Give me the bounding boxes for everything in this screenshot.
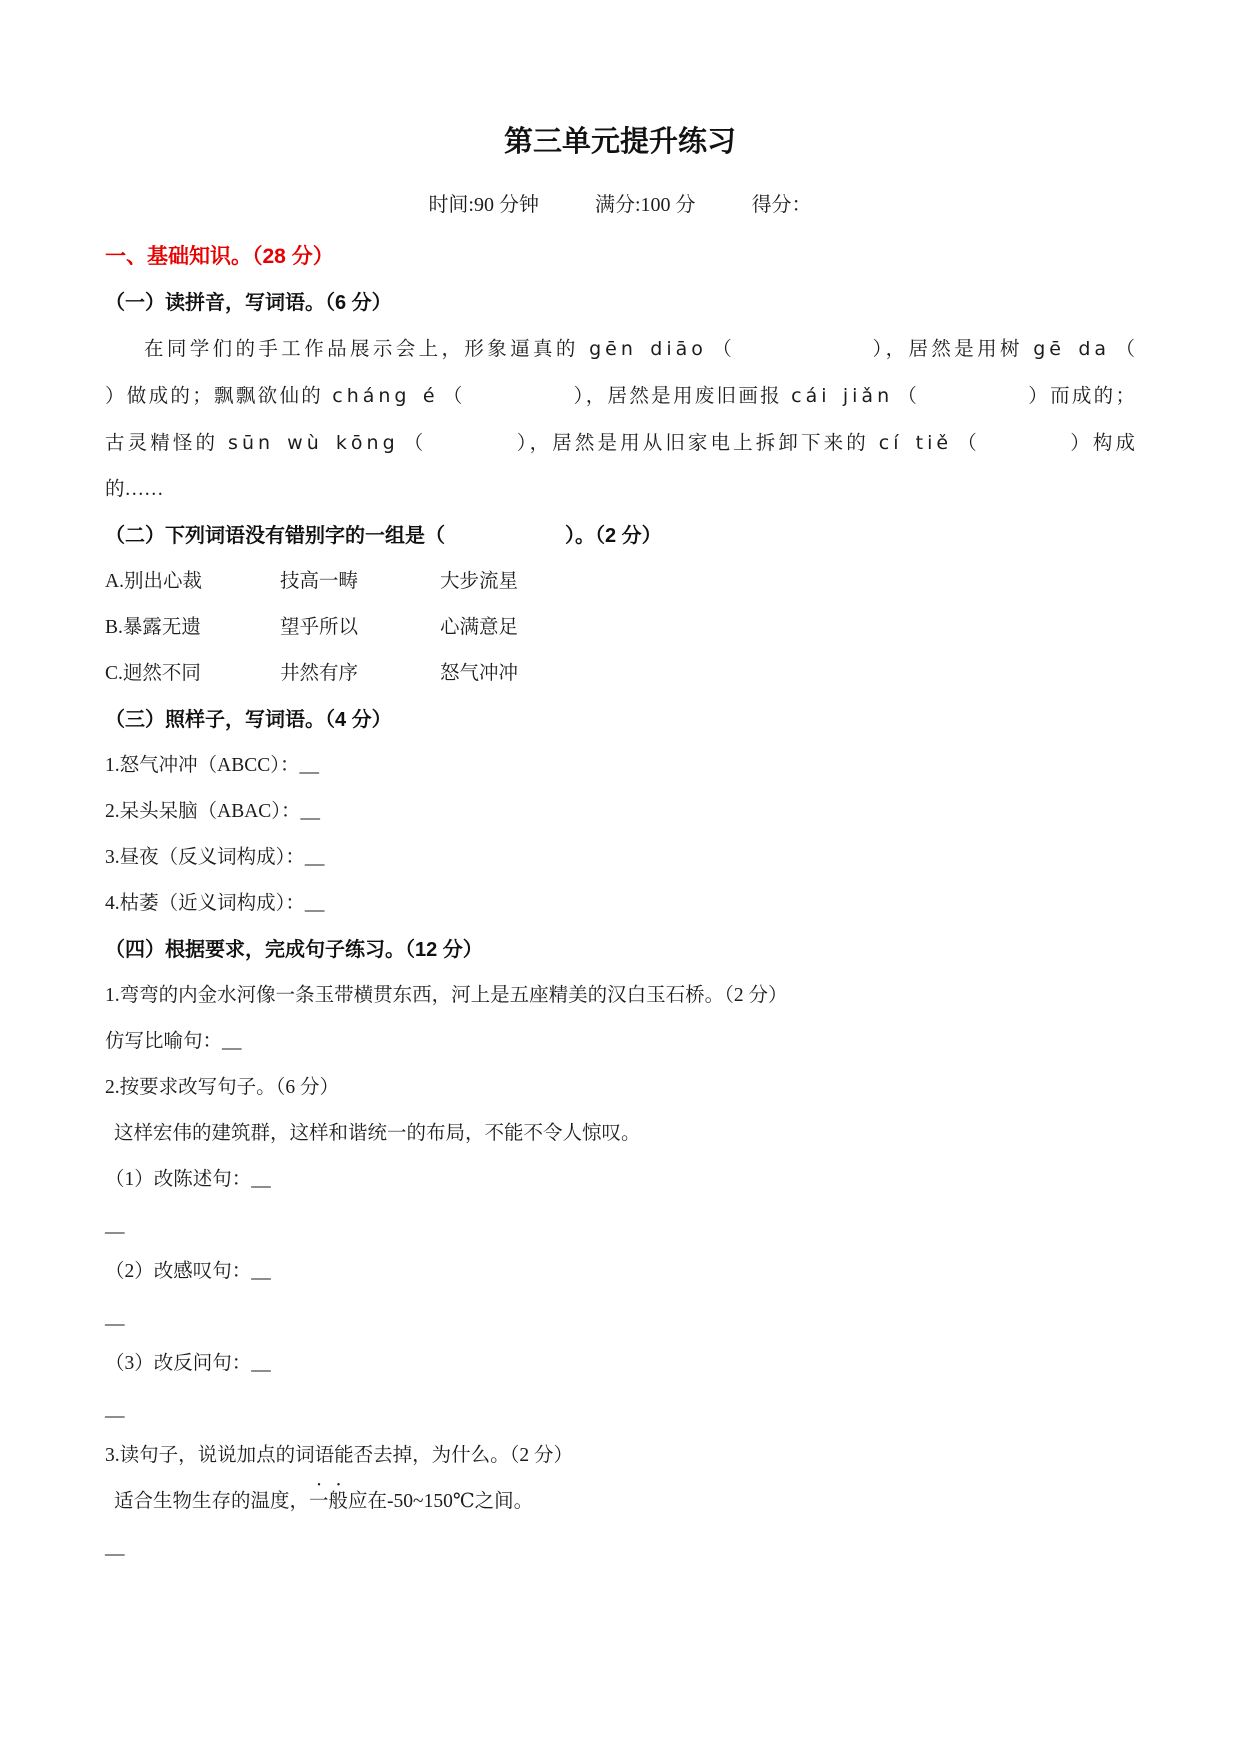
answer-brackets: （ ）而成的；: [895, 386, 1135, 407]
answer-blank-line: __: [105, 1203, 1135, 1249]
text-segment: 应在-50~150℃之间。: [348, 1491, 533, 1512]
pinyin-segment: gē da: [1031, 338, 1112, 360]
page-title: 第三单元提升练习: [105, 120, 1135, 164]
answer-brackets: （ ）构成: [954, 433, 1135, 454]
word-pattern-item-1: 1.怒气冲冲（ABCC）：__: [105, 743, 1135, 789]
answer-brackets: （ ），居然是用从旧家电上拆卸下来的: [401, 433, 877, 454]
option-word-2: 井然有序: [280, 651, 440, 697]
exam-info-line: 时间:90 分钟 满分:100 分 得分：: [105, 190, 1135, 220]
answer-brackets: （ ），居然是用废旧画报: [441, 386, 790, 407]
section1-heading: 一、基础知识。（28 分）: [105, 234, 1135, 280]
question-4-2: 2.按要求改写句子。（6 分）: [105, 1065, 1135, 1111]
question-4-2-sentence: 这样宏伟的建筑群，这样和谐统一的布局，不能不令人惊叹。: [105, 1111, 1135, 1157]
choice-option-b: B.暴露无遗 望乎所以 心满意足: [105, 605, 1135, 651]
word-pattern-item-3: 3.昼夜（反义词构成）：__: [105, 835, 1135, 881]
part3-heading: （三）照样子，写词语。（4 分）: [105, 697, 1135, 743]
part1-heading: （一）读拼音，写词语。（6 分）: [105, 280, 1135, 326]
part2-heading: （二）下列词语没有错别字的一组是（ ）。（2 分）: [105, 513, 1135, 559]
exam-time-label: 时间:90 分钟: [428, 190, 539, 220]
question-4-2-sub1: （1）改陈述句：__: [105, 1157, 1135, 1203]
question-4-3-sentence: 适合生物生存的温度，一般应在-50~150℃之间。: [105, 1479, 1135, 1525]
option-word-3: 怒气冲冲: [440, 651, 518, 697]
pinyin-segment: cháng é: [330, 385, 440, 407]
answer-blank-line: __: [105, 1295, 1135, 1341]
pinyin-paragraph-line4: 的……: [105, 467, 1135, 513]
option-word-1: B.暴露无遗: [105, 605, 280, 651]
answer-blank-line: __: [105, 1387, 1135, 1433]
answer-brackets: （: [1112, 339, 1135, 360]
pinyin-segment: cái jiǎn: [789, 385, 895, 407]
word-pattern-item-4: 4.枯萎（近义词构成）：__: [105, 881, 1135, 927]
text-segment: 古灵精怪的: [105, 433, 226, 454]
choice-option-c: C.迥然不同 井然有序 怒气冲冲: [105, 651, 1135, 697]
pinyin-segment: cí tiě: [877, 432, 954, 454]
part4-heading: （四）根据要求，完成句子练习。（12 分）: [105, 927, 1135, 973]
choice-option-a: A.别出心裁 技高一畴 大步流星: [105, 559, 1135, 605]
exam-score-label: 得分：: [752, 190, 812, 220]
pinyin-paragraph-line3: 古灵精怪的 sūn wù kōng（ ），居然是用从旧家电上拆卸下来的 cí t…: [105, 420, 1135, 467]
pinyin-paragraph-line1: 在同学们的手工作品展示会上，形象逼真的 gēn diāo（ ），居然是用树 gē…: [105, 326, 1135, 373]
pinyin-segment: gēn diāo: [587, 338, 709, 360]
pinyin-segment: sūn wù kōng: [226, 432, 401, 454]
option-word-2: 望乎所以: [280, 605, 440, 651]
emphasized-word: 一般: [309, 1491, 348, 1512]
question-4-1-answer-line: 仿写比喻句：__: [105, 1019, 1135, 1065]
exam-full-score-label: 满分:100 分: [595, 190, 696, 220]
pinyin-paragraph-line2: ）做成的；飘飘欲仙的 cháng é（ ），居然是用废旧画报 cái jiǎn（…: [105, 373, 1135, 420]
option-word-2: 技高一畴: [280, 559, 440, 605]
word-pattern-item-2: 2.呆头呆脑（ABAC）：__: [105, 789, 1135, 835]
option-word-1: A.别出心裁: [105, 559, 280, 605]
answer-blank-line: __: [105, 1525, 1135, 1571]
question-4-2-sub2: （2）改感叹句：__: [105, 1249, 1135, 1295]
text-segment: ）做成的；飘飘欲仙的: [105, 386, 330, 407]
answer-brackets: （ ），居然是用树: [709, 339, 1031, 360]
exam-paper-page: 第三单元提升练习 时间:90 分钟 满分:100 分 得分： 一、基础知识。（2…: [0, 0, 1241, 1754]
text-segment: 在同学们的手工作品展示会上，形象逼真的: [144, 339, 587, 360]
option-word-3: 心满意足: [440, 605, 518, 651]
option-word-1: C.迥然不同: [105, 651, 280, 697]
text-segment: 适合生物生存的温度，: [114, 1491, 309, 1512]
option-word-3: 大步流星: [440, 559, 518, 605]
question-4-1: 1.弯弯的内金水河像一条玉带横贯东西，河上是五座精美的汉白玉石桥。（2 分）: [105, 973, 1135, 1019]
question-4-2-sub3: （3）改反问句：__: [105, 1341, 1135, 1387]
question-4-3: 3.读句子，说说加点的词语能否去掉，为什么。（2 分）: [105, 1433, 1135, 1479]
